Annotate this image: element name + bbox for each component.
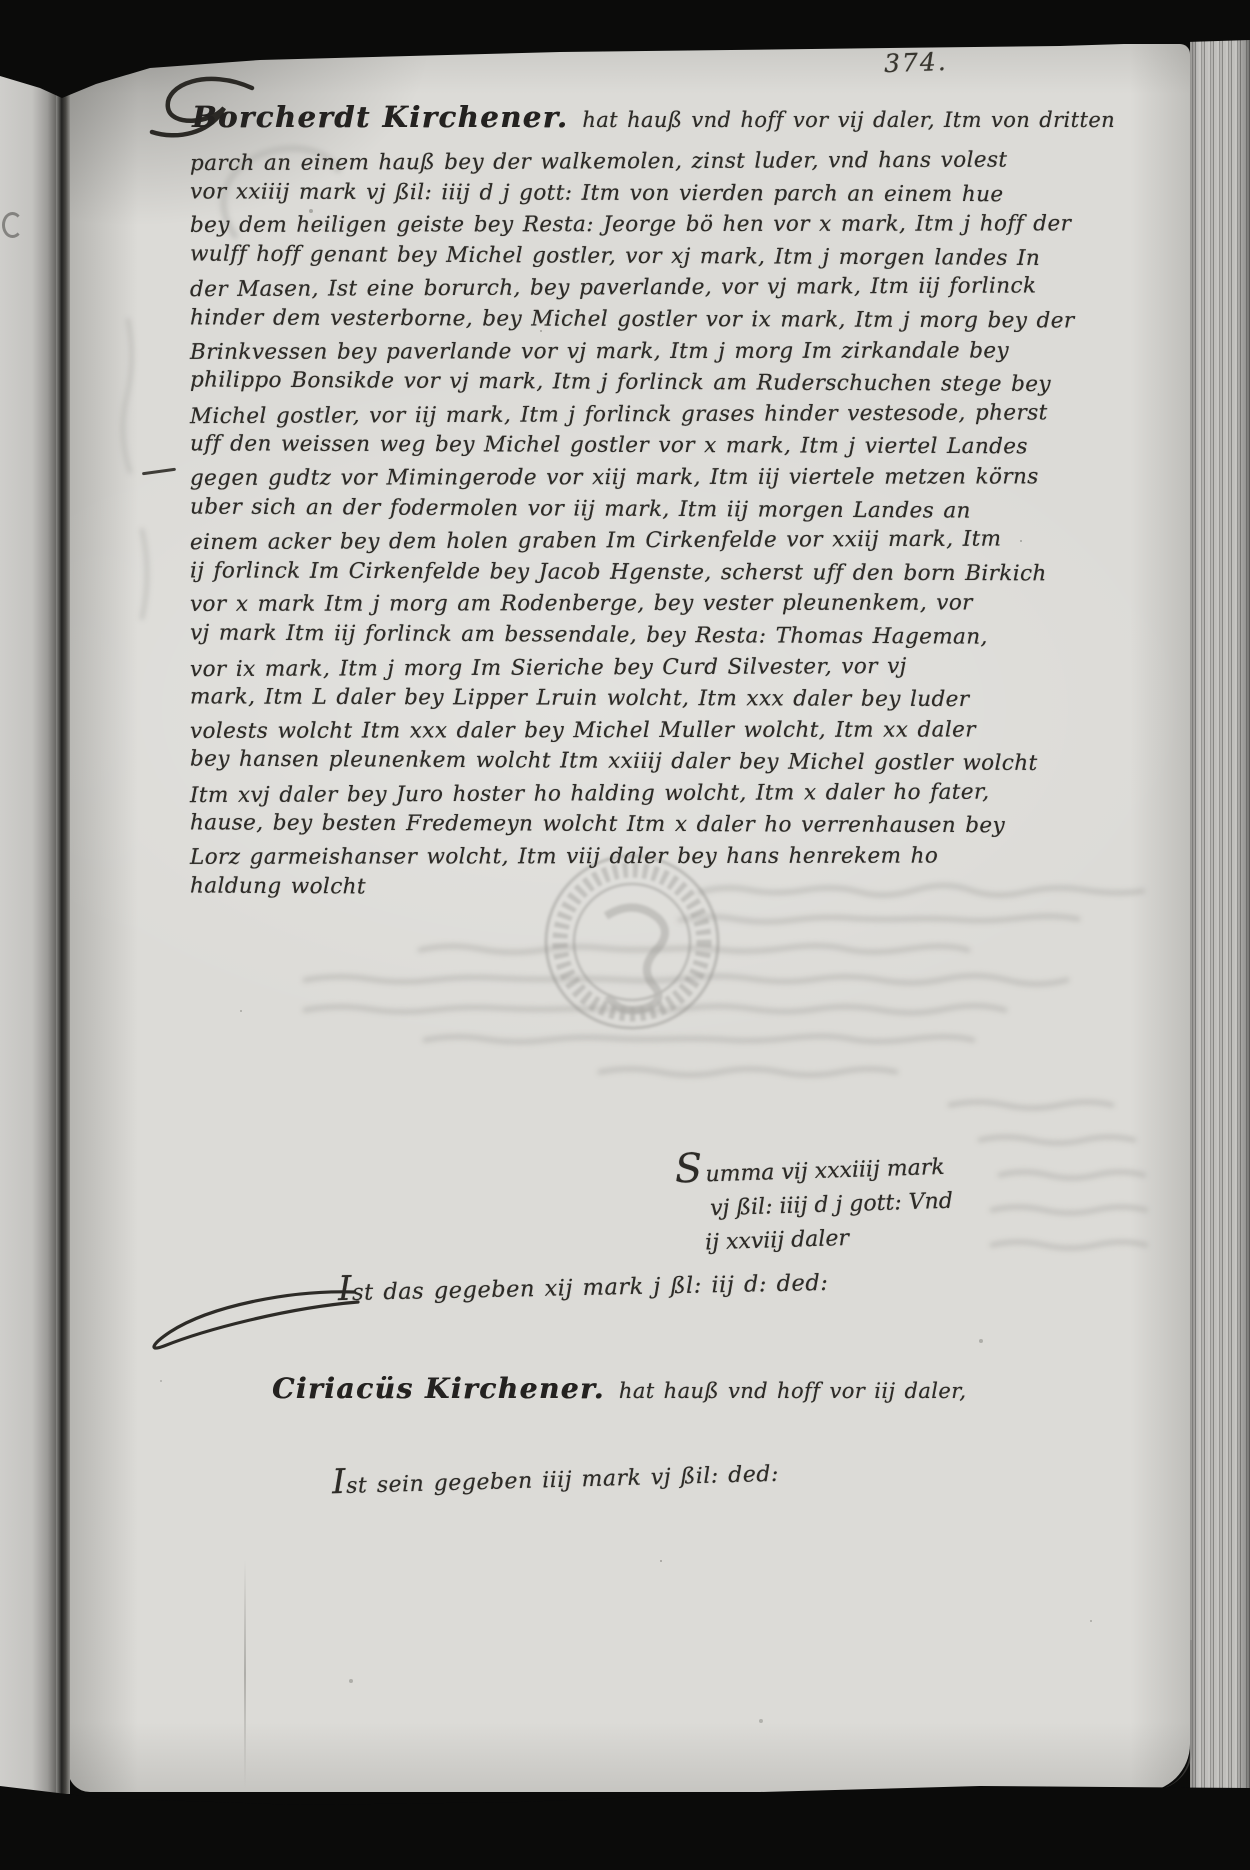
manuscript-line: bey dem heiligen geiste bey Resta: Jeorg… <box>190 208 1150 241</box>
manuscript-line: volests wolcht Itm xxx daler bey Michel … <box>190 714 1150 747</box>
book-gutter <box>56 64 70 1794</box>
payment-flourish-icon <box>140 1282 364 1352</box>
manuscript-line: einem acker bey dem holen graben Im Cirk… <box>190 523 1150 559</box>
manuscript-line: uff den weissen weg bey Michel gostler v… <box>190 429 1150 464</box>
manuscript-line: philippo Bonsikde vor vj mark, Itm j for… <box>190 365 1150 402</box>
fore-edge-page-stack <box>1190 40 1250 1792</box>
entry1-heading-continuation: hat hauß vnd hoff vor vij daler, Itm von… <box>582 108 1115 132</box>
manuscript-line: parch an einem hauß bey der walkemolen, … <box>190 144 1150 180</box>
manuscript-line: vor x mark Itm j morg am Rodenberge, bey… <box>190 587 1150 620</box>
facing-page-edge <box>0 72 58 1794</box>
book-photo: 374. Borcherdt Kirchener.hat hauß vnd ho… <box>0 0 1250 1870</box>
entry2-name: Ciriacüs Kirchener. <box>272 1372 605 1405</box>
manuscript-line: wulff hoff genant bey Michel gostler, vo… <box>190 238 1150 275</box>
manuscript-line: Itm xvj daler bey Juro hoster ho halding… <box>190 776 1150 812</box>
entry1-body: parch an einem hauß bey der walkemolen, … <box>190 146 1150 904</box>
manuscript-line: vj mark Itm iij forlinck am bessendale, … <box>190 617 1150 654</box>
manuscript-line: Lorz garmeishanser wolcht, Itm viij dale… <box>190 840 1150 873</box>
manuscript-line: ij forlinck Im Cirkenfelde bey Jacob Hge… <box>190 555 1150 590</box>
manuscript-line: bey hansen pleunenkem wolcht Itm xxiiij … <box>190 744 1150 781</box>
manuscript-line: uber sich an der fodermolen vor iij mark… <box>190 491 1150 528</box>
manuscript-line: gegen gudtz vor Mimingerode vor xiij mar… <box>190 461 1150 494</box>
manuscript-line: hause, bey besten Fredemeyn wolcht Itm x… <box>190 808 1150 843</box>
entry1-heading: Borcherdt Kirchener.hat hauß vnd hoff vo… <box>192 100 1115 134</box>
manuscript-line: der Masen, Ist eine borurch, bey paverla… <box>190 270 1150 306</box>
page-crease <box>244 1560 246 1788</box>
manuscript-line: haldung wolcht <box>190 870 1150 907</box>
manuscript-line: hinder dem vesterborne, bey Michel gostl… <box>190 302 1150 337</box>
manuscript-line: Michel gostler, vor iij mark, Itm j forl… <box>190 397 1150 433</box>
entry2-heading: Ciriacüs Kirchener.hat hauß vnd hoff vor… <box>272 1372 966 1405</box>
entry2-heading-continuation: hat hauß vnd hoff vor iij daler, <box>619 1379 966 1403</box>
manuscript-line: vor xxiiij mark vj ßil: iiij d j gott: I… <box>190 176 1150 211</box>
facing-page-ink-trace <box>2 212 23 238</box>
entry1-name: Borcherdt Kirchener. <box>192 100 568 134</box>
folio-number: 374. <box>884 47 949 78</box>
manuscript-line: mark, Itm L daler bey Lipper Lruin wolch… <box>190 681 1150 716</box>
page-edge-curl <box>1146 1640 1192 1790</box>
summa-block: Summa vij xxxiiij mark vj ßil: iiij d j … <box>674 1144 954 1262</box>
manuscript-line: Brinkvessen bey paverlande vor vj mark, … <box>190 335 1150 368</box>
manuscript-line: vor ix mark, Itm j morg Im Sieriche bey … <box>190 649 1150 685</box>
